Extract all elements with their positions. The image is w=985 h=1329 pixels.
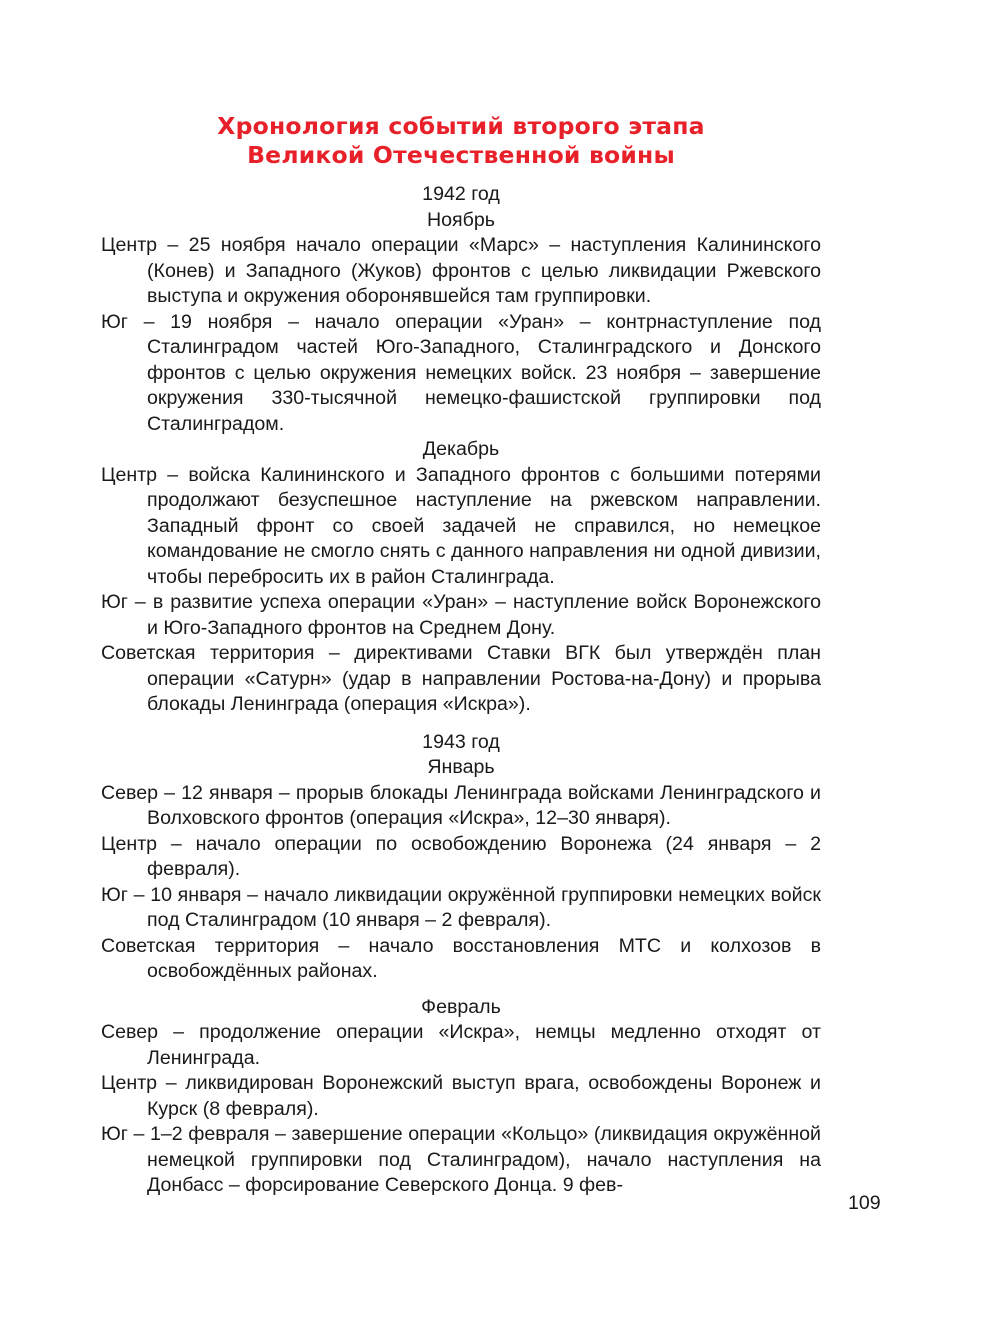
chronology-entry: Север – 12 января – прорыв блокады Ленин… [101, 781, 821, 832]
chronology-entry: Юг – 1–2 февраля – завершение операции «… [101, 1122, 821, 1199]
title-line-2: Великой Отечественной войны [101, 141, 821, 170]
page-title: Хронология событий второго этапа Великой… [101, 112, 821, 170]
year-heading: 1943 год [101, 730, 821, 756]
title-line-1: Хронология событий второго этапа [101, 112, 821, 141]
chronology-entry: Юг – 10 января – начало ликвидации окруж… [101, 883, 821, 934]
month-heading: Январь [101, 755, 821, 781]
chronology-entry: Советская территория – директивами Ставк… [101, 641, 821, 718]
chronology-entry: Советская территория – начало восстановл… [101, 934, 821, 985]
month-heading: Февраль [101, 995, 821, 1021]
year-heading: 1942 год [101, 182, 821, 208]
chronology-entry: Центр – войска Калининского и Западного … [101, 463, 821, 591]
month-heading: Ноябрь [101, 208, 821, 234]
page-number: 109 [848, 1192, 881, 1215]
chronology-entry: Центр – 25 ноября начало операции «Марс»… [101, 233, 821, 310]
chronology-entry: Центр – ликвидирован Воронежский выступ … [101, 1071, 821, 1122]
chronology-entry: Юг – в развитие успеха операции «Уран» –… [101, 590, 821, 641]
page-content: Хронология событий второго этапа Великой… [101, 112, 821, 1199]
chronology-entry: Центр – начало операции по освобождению … [101, 832, 821, 883]
chronology-entry: Север – продолжение операции «Искра», не… [101, 1020, 821, 1071]
chronology-entry: Юг – 19 ноября – начало операции «Уран» … [101, 310, 821, 438]
month-heading: Декабрь [101, 437, 821, 463]
